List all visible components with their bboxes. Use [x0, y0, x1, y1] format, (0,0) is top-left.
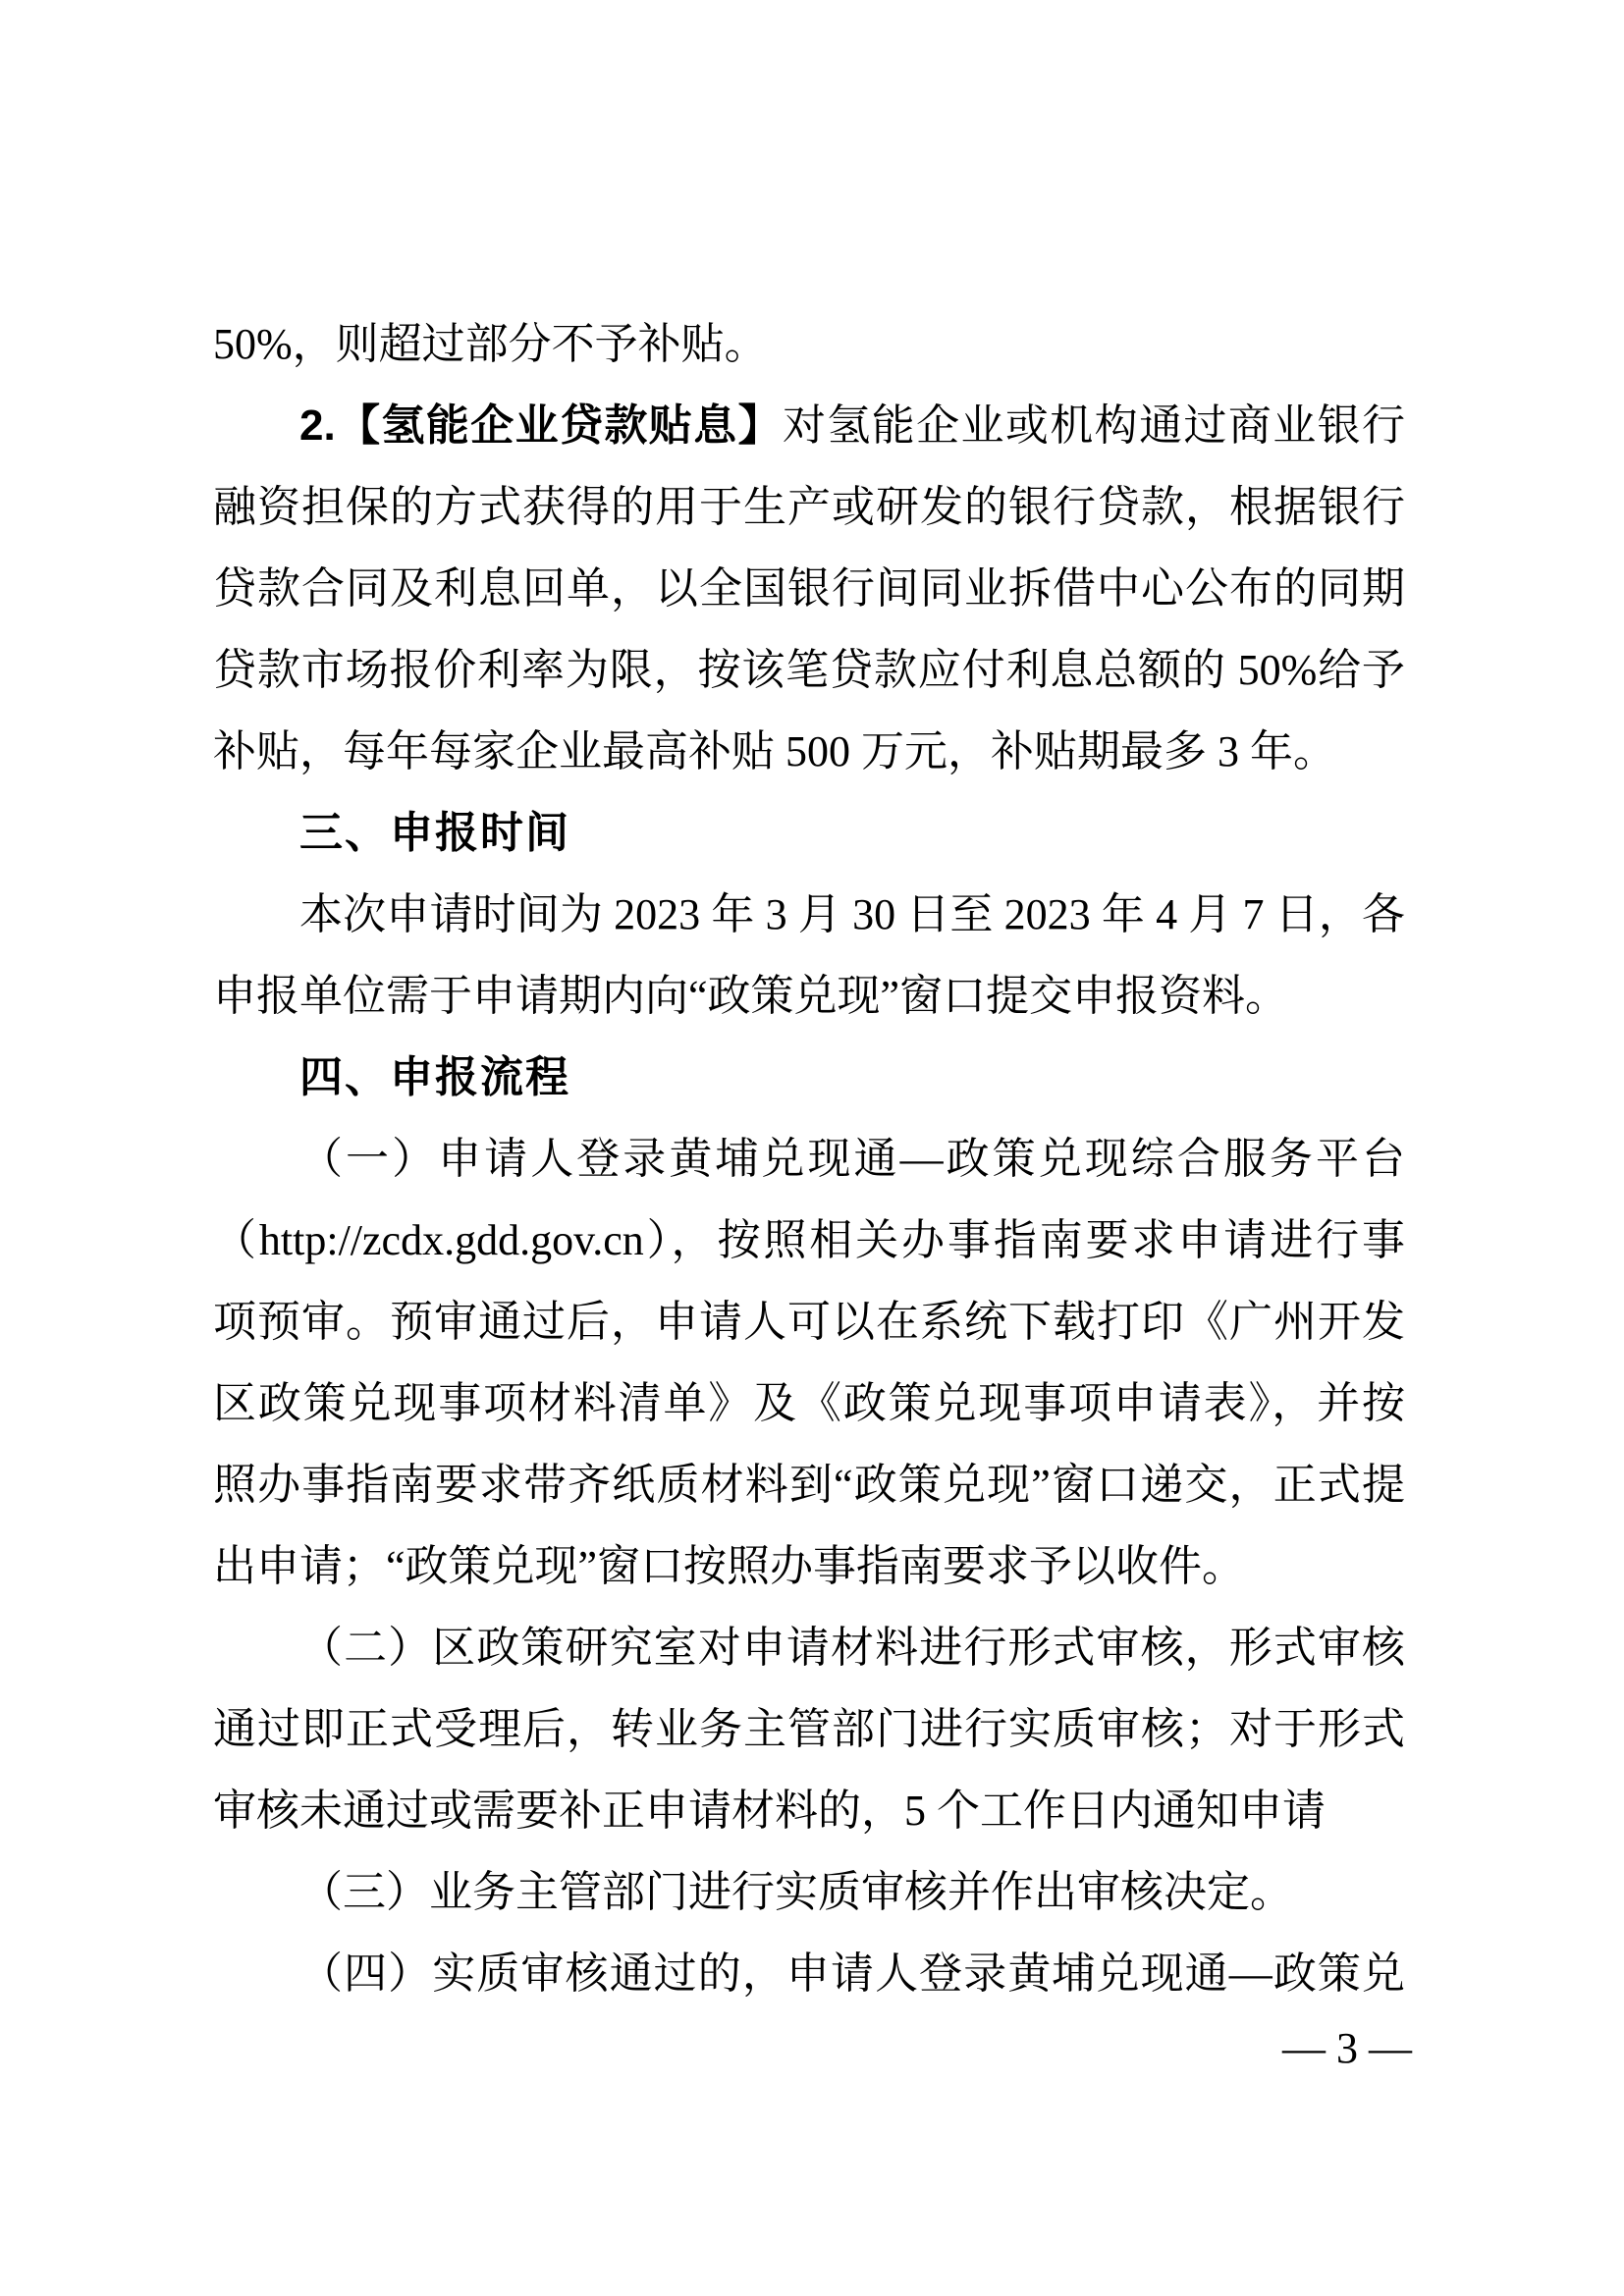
document-page: 50%，则超过部分不予补贴。 2.【氢能企业贷款贴息】对氢能企业或机构通过商业银…	[0, 0, 1624, 2296]
text-line: 补贴，每年每家企业最高补贴 500 万元，补贴期最多 3 年。	[213, 711, 1405, 792]
text-line: 贷款市场报价利率为限，按该笔贷款应付利息总额的 50%给予	[213, 629, 1405, 711]
text-line: 贷款合同及利息回单，以全国银行间同业拆借中心公布的同期	[213, 548, 1405, 629]
text-line: 融资担保的方式获得的用于生产或研发的银行贷款，根据银行	[213, 466, 1405, 548]
heading-section-3: 三、申报时间	[213, 792, 1405, 874]
text-line: （二）区政策研究室对申请材料进行形式审核，形式审核	[213, 1607, 1405, 1688]
heading-section-4: 四、申报流程	[213, 1037, 1405, 1118]
page-number: — 3 —	[1282, 2024, 1412, 2073]
text-line: 50%，则超过部分不予补贴。	[213, 303, 1405, 385]
page-body-text: 50%，则超过部分不予补贴。 2.【氢能企业贷款贴息】对氢能企业或机构通过商业银…	[213, 303, 1405, 2014]
text-line: 审核未通过或需要补正申请材料的，5 个工作日内通知申请人。	[213, 1770, 1405, 1851]
text-line: 申报单位需于申请期内向“政策兑现”窗口提交申报资料。	[213, 955, 1405, 1037]
text-line: （四）实质审核通过的，申请人登录黄埔兑现通—政策兑	[213, 1933, 1405, 2014]
text-line: （三）业务主管部门进行实质审核并作出审核决定。	[213, 1851, 1405, 1933]
bold-clause-title: 2.【氢能企业贷款贴息】	[299, 401, 783, 450]
text-line: 照办事指南要求带齐纸质材料到“政策兑现”窗口递交，正式提	[213, 1444, 1405, 1525]
text-line: 项预审。预审通过后，申请人可以在系统下载打印《广州开发	[213, 1281, 1405, 1362]
text-line-url: （http://zcdx.gdd.gov.cn），按照相关办事指南要求申请进行事	[213, 1200, 1405, 1281]
text-line: （一）申请人登录黄埔兑现通—政策兑现综合服务平台	[213, 1118, 1405, 1200]
text-line: 本次申请时间为 2023 年 3 月 30 日至 2023 年 4 月 7 日，…	[213, 874, 1405, 955]
text-line: 出申请；“政策兑现”窗口按照办事指南要求予以收件。	[213, 1525, 1405, 1607]
text-line: 通过即正式受理后，转业务主管部门进行实质审核；对于形式	[213, 1688, 1405, 1770]
text-line: 区政策兑现事项材料清单》及《政策兑现事项申请表》，并按	[213, 1362, 1405, 1444]
text-line: 2.【氢能企业贷款贴息】对氢能企业或机构通过商业银行或	[213, 385, 1405, 466]
